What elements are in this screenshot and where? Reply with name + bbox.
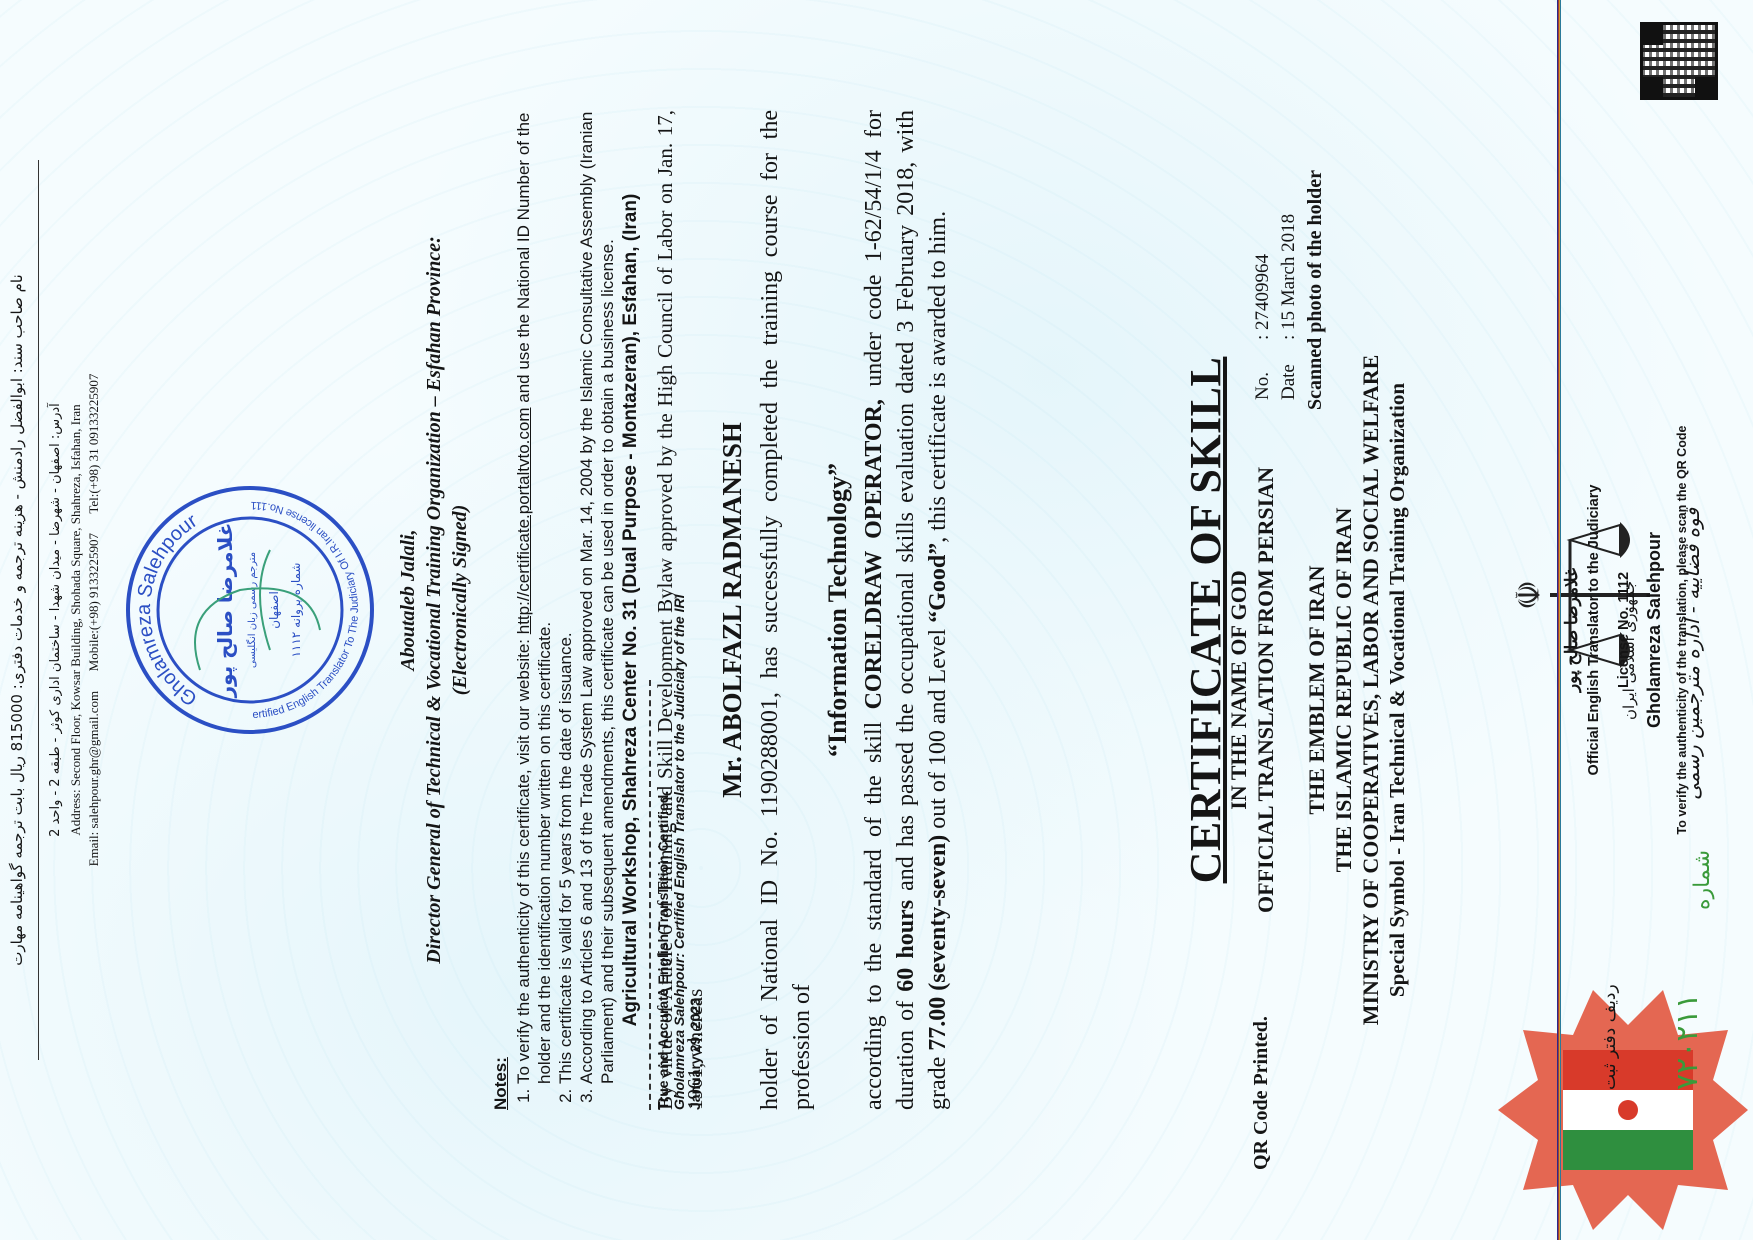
standard-prefix: according to the standard of the skill — [861, 709, 887, 1110]
translation-certification: True and Accurate English Translation Ce… — [655, 110, 703, 1110]
translator-license: License No. 1112 — [1616, 80, 1632, 1180]
certificate-meta: No.: 27409964 Date: 15 March 2018 Scanne… — [1250, 170, 1328, 400]
footer-contact: Email: salehpour.ghr@gmail.com Mobile:(+… — [86, 120, 102, 1120]
heading-special-symbol: Special Symbol - Iran Technical & Vocati… — [1384, 340, 1411, 1040]
heading-emblem: THE EMBLEM OF IRAN — [1303, 340, 1330, 1040]
footer-fee-note: نام صاحب سند: ابوالفضل رادمنش - هزینه تر… — [8, 120, 26, 1120]
out-of-text: out of 100 and Level — [925, 623, 951, 835]
closing-text: , this certificate is awarded to him. — [925, 211, 951, 543]
profession: “Information Technology” — [822, 110, 854, 1110]
level: “Good” — [925, 543, 951, 623]
note-item: According to Articles 6 and 13 of the Tr… — [576, 110, 618, 1084]
footer-rule — [38, 160, 39, 1060]
holder-name: Mr. ABOLFAZL RADMANESH — [716, 110, 748, 1110]
skill-name: CORELDRAW OPERATOR, — [861, 399, 887, 709]
footer-mobile: Mobile:(+98) 9133225907 — [86, 533, 101, 671]
translator-stamp-icon: Gholamreza Salehpour Certified English T… — [120, 480, 380, 740]
photo-note: Scanned photo of the holder — [1302, 170, 1328, 410]
heading-ministry: MINISTRY OF COOPERATIVES, LABOR AND SOCI… — [1357, 340, 1384, 1040]
page-footer: نام صاحب سند: ابوالفضل رادمنش - هزینه تر… — [0, 0, 140, 1240]
stamp-number: شماره پروانه ۱۱۱۲ — [289, 562, 304, 657]
certification-line1: True and Accurate English Translation Ce… — [655, 110, 671, 1110]
notes-list: To verify the authenticity of this certi… — [513, 110, 618, 1110]
header-divider — [1557, 0, 1561, 1240]
note-item: To verify the authenticity of this certi… — [513, 110, 555, 1084]
signatory-title: Director General of Technical & Vocation… — [421, 160, 447, 1040]
certification-line2: Gholamreza Salehpour: Certified English … — [671, 110, 687, 1110]
stamp-center-name: غلامرضا صالح پور — [213, 523, 238, 699]
translator-verify-note: To verify the authenticity of the transl… — [1675, 80, 1689, 1180]
qr-code-icon[interactable] — [1640, 22, 1718, 100]
holder-line: holder of National ID No. 1190288001, ha… — [754, 110, 818, 1110]
translator-header: غلامرضا صالح پور Official English Transl… — [1560, 80, 1750, 1180]
footer-tel: Tel:(+98) 31 09133225907 — [86, 374, 101, 514]
svg-text:☫: ☫ — [1511, 580, 1548, 610]
dashed-divider — [649, 680, 651, 1110]
date-value: : 15 March 2018 — [1278, 214, 1299, 340]
signature-status: (Electronically Signed) — [447, 160, 473, 1040]
certificate-title: CERTIFICATE OF SKILL — [1180, 200, 1231, 1040]
hours: 60 hours — [893, 900, 919, 992]
heading-line2: OFFICIAL TRANSLATION FROM PERSIAN — [1252, 340, 1279, 1040]
notes-header: Notes: — [490, 110, 511, 1110]
document-heading: IN THE NAME OF GOD OFFICIAL TRANSLATION … — [1225, 340, 1411, 1040]
no-label: No. — [1250, 340, 1276, 400]
footer-address-farsi: آدرس: اصفهان - شهرضا - میدان شهدا - ساخت… — [48, 120, 63, 1120]
workshop-name: Agricultural Workshop, Shahreza Center N… — [620, 110, 641, 1110]
certificate-page: ۷۲۰۲۱۱ شماره ردیف دفتر ثبت ☫ جمهوری اسلا… — [0, 0, 1753, 1240]
footer-email: Email: salehpour.ghr@gmail.com — [86, 691, 101, 867]
heading-republic: THE ISLAMIC REPUBLIC OF IRAN — [1330, 340, 1357, 1040]
signatory-name: Aboutaleb Jalali, — [395, 160, 421, 1040]
standard-paragraph: according to the standard of the skill C… — [858, 110, 954, 1110]
grade: 77.00 (seventy-seven) — [925, 835, 951, 1051]
verify-link[interactable]: http://certificate.portaltvto.com — [514, 407, 533, 634]
date-label: Date — [1276, 340, 1302, 400]
note-item: This certificate is valid for 5 years fr… — [555, 110, 576, 1084]
qr-printed-note: QR Code Printed. — [1250, 1016, 1273, 1170]
translator-name: Gholamreza Salehpour — [1644, 80, 1665, 1180]
stamp-center-sub: مترجم رسمی زبان انگلیسی — [246, 552, 258, 668]
signature-block: Aboutaleb Jalali, Director General of Te… — [395, 160, 473, 1040]
footer-address-english: Address: Second Floor, Kowsar Building, … — [68, 120, 84, 1120]
translator-name-farsi: غلامرضا صالح پور — [1562, 80, 1582, 1180]
translator-title: Official English Translator to the Judic… — [1586, 80, 1602, 1180]
certification-date: January 29, 2023 — [687, 110, 703, 1110]
no-value: : 27409964 — [1252, 254, 1273, 340]
stamp-city: اصفهان — [267, 591, 281, 629]
notes-block: Notes: To verify the authenticity of thi… — [490, 110, 703, 1110]
